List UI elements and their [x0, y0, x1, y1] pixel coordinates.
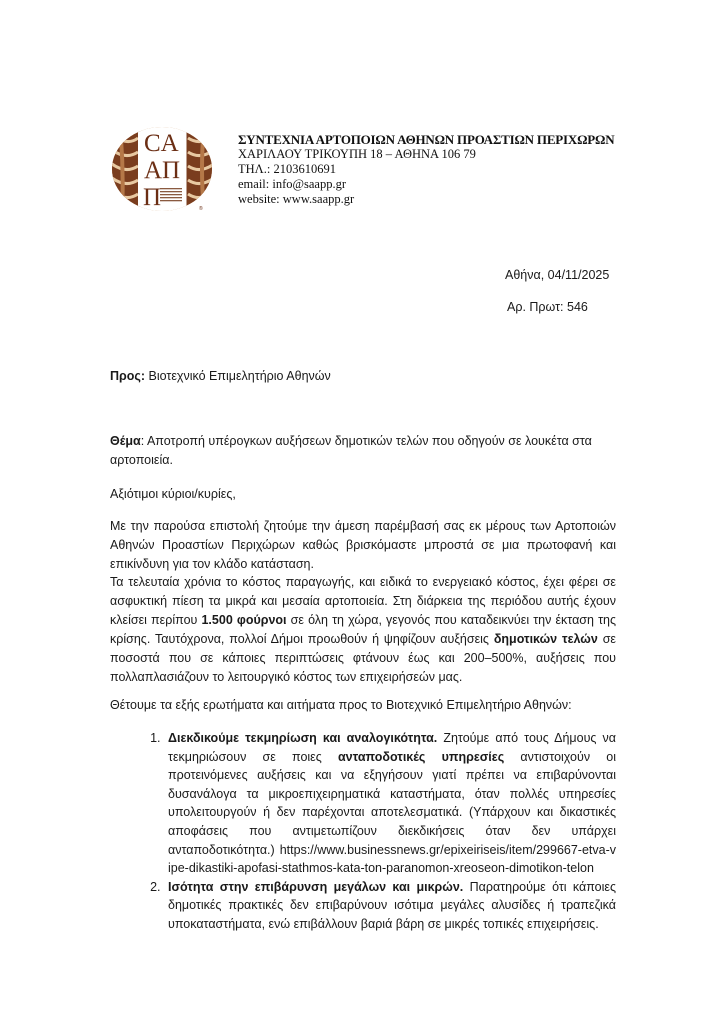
- request-text: αντιστοιχούν οι προτεινόμενες αυξήσεις κ…: [168, 750, 616, 857]
- organization-info: ΣΥΝΤΕΧΝΙΑ ΑΡΤΟΠΟΙΩΝ ΑΘΗΝΩΝ ΠΡΟΑΣΤΙΩΝ ΠΕΡ…: [238, 132, 614, 207]
- organization-email: email: info@saapp.gr: [238, 177, 614, 192]
- svg-text:®: ®: [199, 205, 203, 212]
- request-item: Διεκδικούμε τεκμηρίωση και αναλογικότητα…: [164, 729, 616, 878]
- paragraph-intro: Με την παρούσα επιστολή ζητούμε την άμεσ…: [110, 517, 616, 574]
- request-highlight: ανταποδοτικές υπηρεσίες: [338, 750, 504, 764]
- requests-list: Διεκδικούμε τεκμηρίωση και αναλογικότητα…: [110, 729, 616, 934]
- municipal-fees-highlight: δημοτικών τελών: [494, 632, 598, 646]
- organization-name: ΣΥΝΤΕΧΝΙΑ ΑΡΤΟΠΟΙΩΝ ΑΘΗΝΩΝ ΠΡΟΑΣΤΙΩΝ ΠΕΡ…: [238, 132, 614, 147]
- request-title: Ισότητα στην επιβάρυνση μεγάλων και μικρ…: [168, 880, 463, 894]
- svg-text:CA: CA: [144, 130, 179, 157]
- letter-page: CA ΑΠ Π ® ΣΥΝΤΕΧΝΙΑ ΑΡΤΟΠΟΙΩΝ ΑΘΗΝΩΝ ΠΡΟ…: [0, 0, 724, 1024]
- bakeries-closed-highlight: 1.500 φούρνοι: [201, 613, 286, 627]
- subject-label: Θέμα: [110, 434, 141, 448]
- organization-website: website: www.saapp.gr: [238, 192, 614, 207]
- greeting: Αξιότιμοι κύριοι/κυρίες,: [110, 485, 616, 504]
- wheat-circle-logo-icon: CA ΑΠ Π ®: [110, 126, 216, 212]
- letter-date: Αθήνα, 04/11/2025: [505, 268, 609, 282]
- recipient-label: Προς:: [110, 369, 145, 383]
- request-title: Διεκδικούμε τεκμηρίωση και αναλογικότητα…: [168, 731, 437, 745]
- recipient-value: Βιοτεχνικό Επιμελητήριο Αθηνών: [145, 369, 331, 383]
- organization-address: ΧΑΡΙΛΑΟΥ ΤΡΙΚΟΥΠΗ 18 – ΑΘΗΝΑ 106 79: [238, 147, 614, 162]
- protocol-number: Αρ. Πρωτ: 546: [507, 300, 588, 314]
- recipient: Προς: Βιοτεχνικό Επιμελητήριο Αθηνών: [110, 367, 616, 386]
- subject: Θέμα: Αποτροπή υπέρογκων αυξήσεων δημοτι…: [110, 432, 616, 470]
- letterhead: CA ΑΠ Π ® ΣΥΝΤΕΧΝΙΑ ΑΡΤΟΠΟΙΩΝ ΑΘΗΝΩΝ ΠΡΟ…: [110, 126, 630, 216]
- saapp-logo: CA ΑΠ Π ®: [110, 126, 216, 212]
- organization-phone: ΤΗΛ.: 2103610691: [238, 162, 614, 177]
- svg-text:ΑΠ: ΑΠ: [144, 157, 180, 184]
- subject-value: : Αποτροπή υπέρογκων αυξήσεων δημοτικών …: [110, 434, 592, 467]
- request-item: Ισότητα στην επιβάρυνση μεγάλων και μικρ…: [164, 878, 616, 934]
- paragraph-requests-intro: Θέτουμε τα εξής ερωτήματα και αιτήματα π…: [110, 696, 616, 715]
- svg-text:Π: Π: [143, 184, 161, 211]
- paragraph-context: Τα τελευταία χρόνια το κόστος παραγωγής,…: [110, 573, 616, 687]
